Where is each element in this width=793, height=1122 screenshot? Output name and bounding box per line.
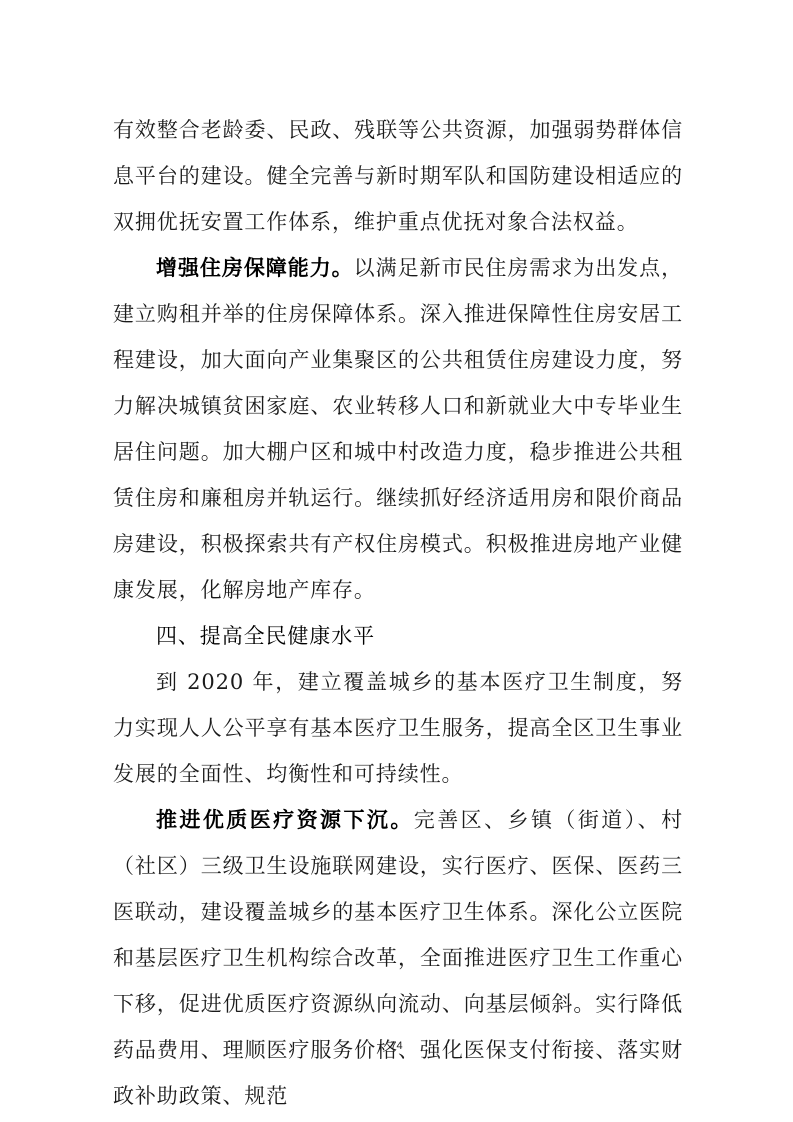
paragraph-social-assistance: 有效整合老龄委、民政、残联等公共资源，加强弱势群体信息平台的建设。健全完善与新时… — [113, 107, 683, 245]
paragraph-lead-heading: 增强住房保障能力。 — [156, 256, 354, 280]
paragraph-medical-resources: 推进优质医疗资源下沉。完善区、乡镇（街道）、村（社区）三级卫生设施联网建设，实行… — [113, 797, 683, 1119]
paragraph-text: 完善区、乡镇（街道）、村（社区）三级卫生设施联网建设，实行医疗、医保、医药三医联… — [113, 808, 683, 1108]
document-page: 有效整合老龄委、民政、残联等公共资源，加强弱势群体信息平台的建设。健全完善与新时… — [113, 107, 683, 1119]
paragraph-text: 有效整合老龄委、民政、残联等公共资源，加强弱势群体信息平台的建设。健全完善与新时… — [113, 118, 683, 234]
paragraph-text: 到 2020 年，建立覆盖城乡的基本医疗卫生制度，努力实现人人公平享有基本医疗卫… — [113, 670, 683, 786]
page-number: 74 — [0, 1040, 793, 1052]
paragraph-health-goal: 到 2020 年，建立覆盖城乡的基本医疗卫生制度，努力实现人人公平享有基本医疗卫… — [113, 659, 683, 797]
section-heading: 四、提高全民健康水平 — [113, 613, 683, 659]
paragraph-lead-heading: 推进优质医疗资源下沉。 — [156, 808, 414, 832]
paragraph-housing-security: 增强住房保障能力。以满足新市民住房需求为出发点，建立购租并举的住房保障体系。深入… — [113, 245, 683, 613]
paragraph-text: 以满足新市民住房需求为出发点，建立购租并举的住房保障体系。深入推进保障性住房安居… — [113, 256, 683, 602]
